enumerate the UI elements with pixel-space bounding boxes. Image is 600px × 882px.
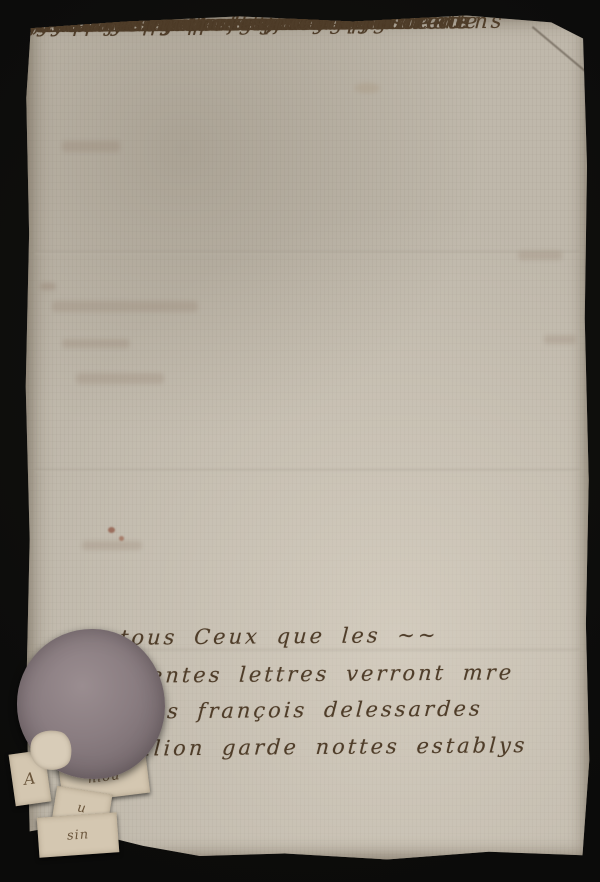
fold-crease: [35, 251, 579, 254]
show-through-mark: [40, 283, 56, 290]
manuscript-line: cy apres nommes, Comparurent: [23, 9, 471, 37]
show-through-mark: [52, 301, 198, 312]
seal-tag: sin: [37, 812, 120, 857]
ink-stain: [108, 527, 115, 533]
ink-stain: [119, 536, 124, 541]
seal-tag-fragment: sin: [66, 827, 89, 844]
show-through-mark: [76, 373, 164, 384]
fold-crease: [35, 469, 579, 472]
ink-stain: [354, 83, 380, 93]
seal-tag-fragment: A: [22, 768, 37, 789]
show-through-mark: [62, 339, 130, 348]
show-through-mark: [62, 141, 120, 152]
photo-background: A tous Ceux que les ~~ presentes lettres…: [0, 0, 600, 882]
show-through-mark: [518, 251, 562, 260]
corner-crease: [532, 26, 588, 74]
show-through-mark: [82, 541, 142, 550]
show-through-mark: [544, 335, 576, 344]
